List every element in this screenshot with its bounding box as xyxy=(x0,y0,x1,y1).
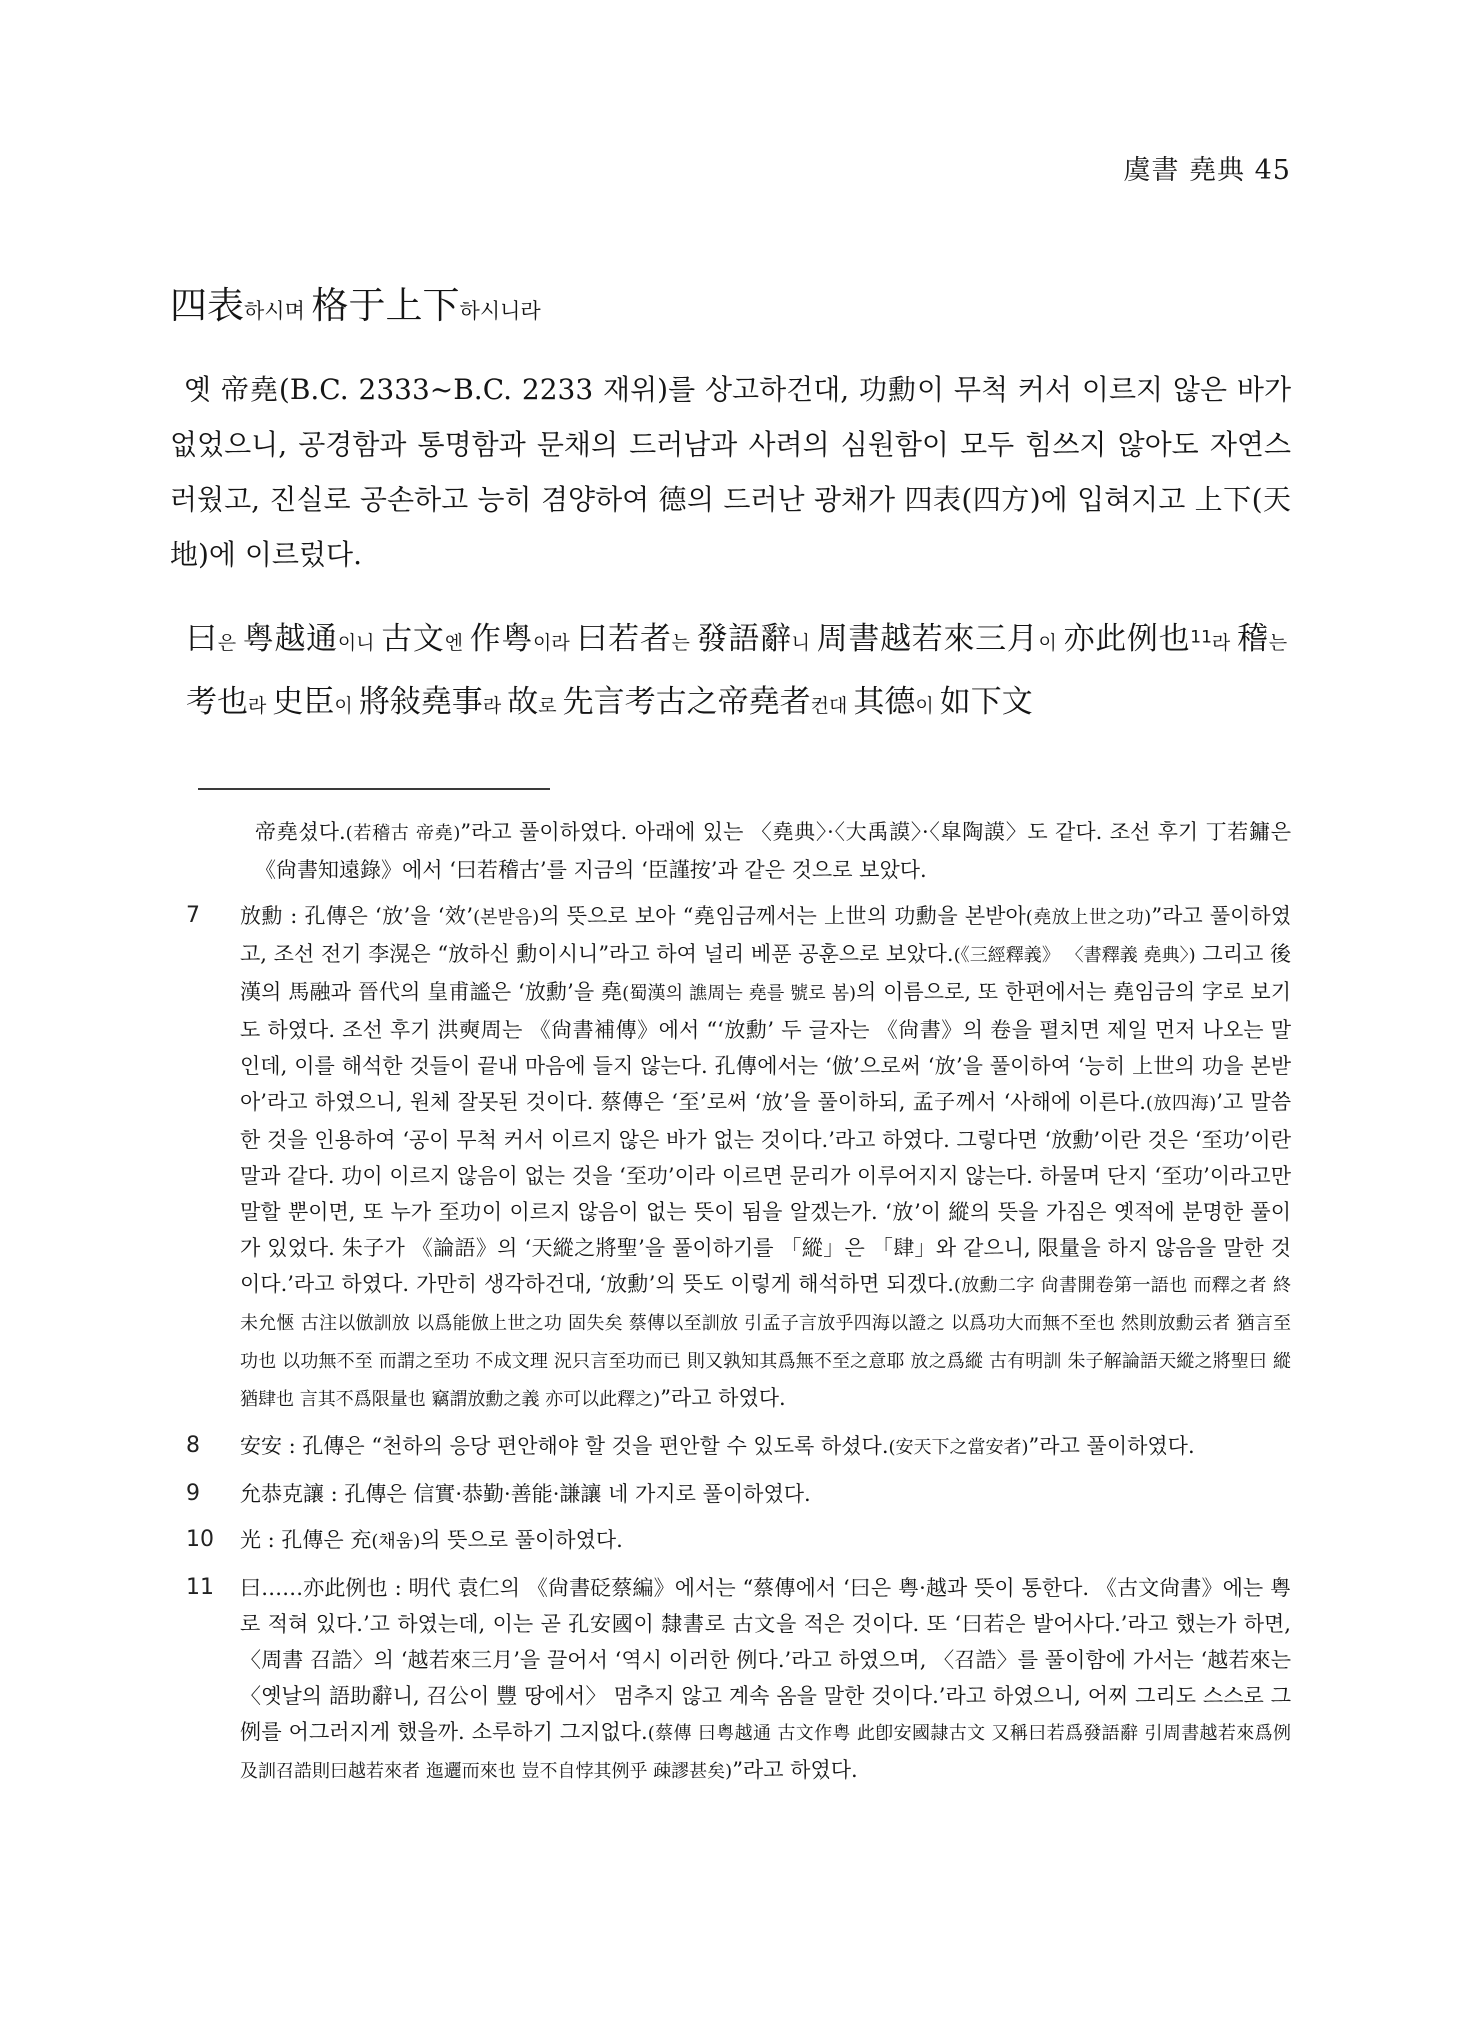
footnote-body: 光 : 孔傳은 充(채움)의 뜻으로 풀이하였다. xyxy=(240,1522,1291,1560)
footnote-body: 曰……亦此例也 : 明代 袁仁의 《尙書砭蔡編》에서는 “蔡傳에서 ‘曰은 粤·… xyxy=(240,1570,1291,1790)
footnote-9: 9 允恭克讓 : 孔傳은 信實·恭勤·善能·謙讓 네 가지로 풀이하였다. xyxy=(170,1476,1291,1512)
footnote-number: 7 xyxy=(170,898,240,1418)
footnote-7: 7 放勳 : 孔傳은 ‘放’을 ‘效’(본받음)의 뜻으로 보아 “堯임금께서는… xyxy=(170,898,1291,1418)
footnote-section: 帝堯셨다.(若稽古 帝堯)”라고 풀이하였다. 아래에 있는 〈堯典〉·〈大禹謨… xyxy=(170,814,1291,1790)
classic-text-headline: 四表하시며 格于上下하시니라 xyxy=(170,283,1291,336)
footnote-body: 允恭克讓 : 孔傳은 信實·恭勤·善能·謙讓 네 가지로 풀이하였다. xyxy=(240,1476,1291,1512)
footnote-10: 10 光 : 孔傳은 充(채움)의 뜻으로 풀이하였다. xyxy=(170,1522,1291,1560)
footnote-continuation: 帝堯셨다.(若稽古 帝堯)”라고 풀이하였다. 아래에 있는 〈堯典〉·〈大禹謨… xyxy=(255,814,1291,888)
footnote-number: 9 xyxy=(170,1476,240,1512)
footnote-number: 8 xyxy=(170,1428,240,1466)
commentary-paragraph: 曰은 粤越通이니 古文엔 作粤이라 曰若者는 發語辭니 周書越若來三月이 亦此例… xyxy=(170,610,1291,736)
footnote-body: 放勳 : 孔傳은 ‘放’을 ‘效’(본받음)의 뜻으로 보아 “堯임금께서는 上… xyxy=(240,898,1291,1418)
running-head: 虞書 堯典 45 xyxy=(170,148,1291,187)
footnote-8: 8 安安 : 孔傳은 “천하의 응당 편안해야 할 것을 편안할 수 있도록 하… xyxy=(170,1428,1291,1466)
footnote-number: 10 xyxy=(170,1522,240,1560)
footnote-number: 11 xyxy=(170,1570,240,1790)
running-head-text: 虞書 堯典 45 xyxy=(1123,155,1291,186)
book-page: 虞書 堯典 45 四表하시며 格于上下하시니라 옛 帝堯(B.C. 2333~B… xyxy=(0,0,1481,2024)
footnote-body: 安安 : 孔傳은 “천하의 응당 편안해야 할 것을 편안할 수 있도록 하셨다… xyxy=(240,1428,1291,1466)
footnote-divider xyxy=(198,788,550,790)
translation-paragraph: 옛 帝堯(B.C. 2333~B.C. 2233 재위)를 상고하건대, 功勳이… xyxy=(170,362,1291,582)
footnote-11: 11 曰……亦此例也 : 明代 袁仁의 《尙書砭蔡編》에서는 “蔡傳에서 ‘曰은… xyxy=(170,1570,1291,1790)
